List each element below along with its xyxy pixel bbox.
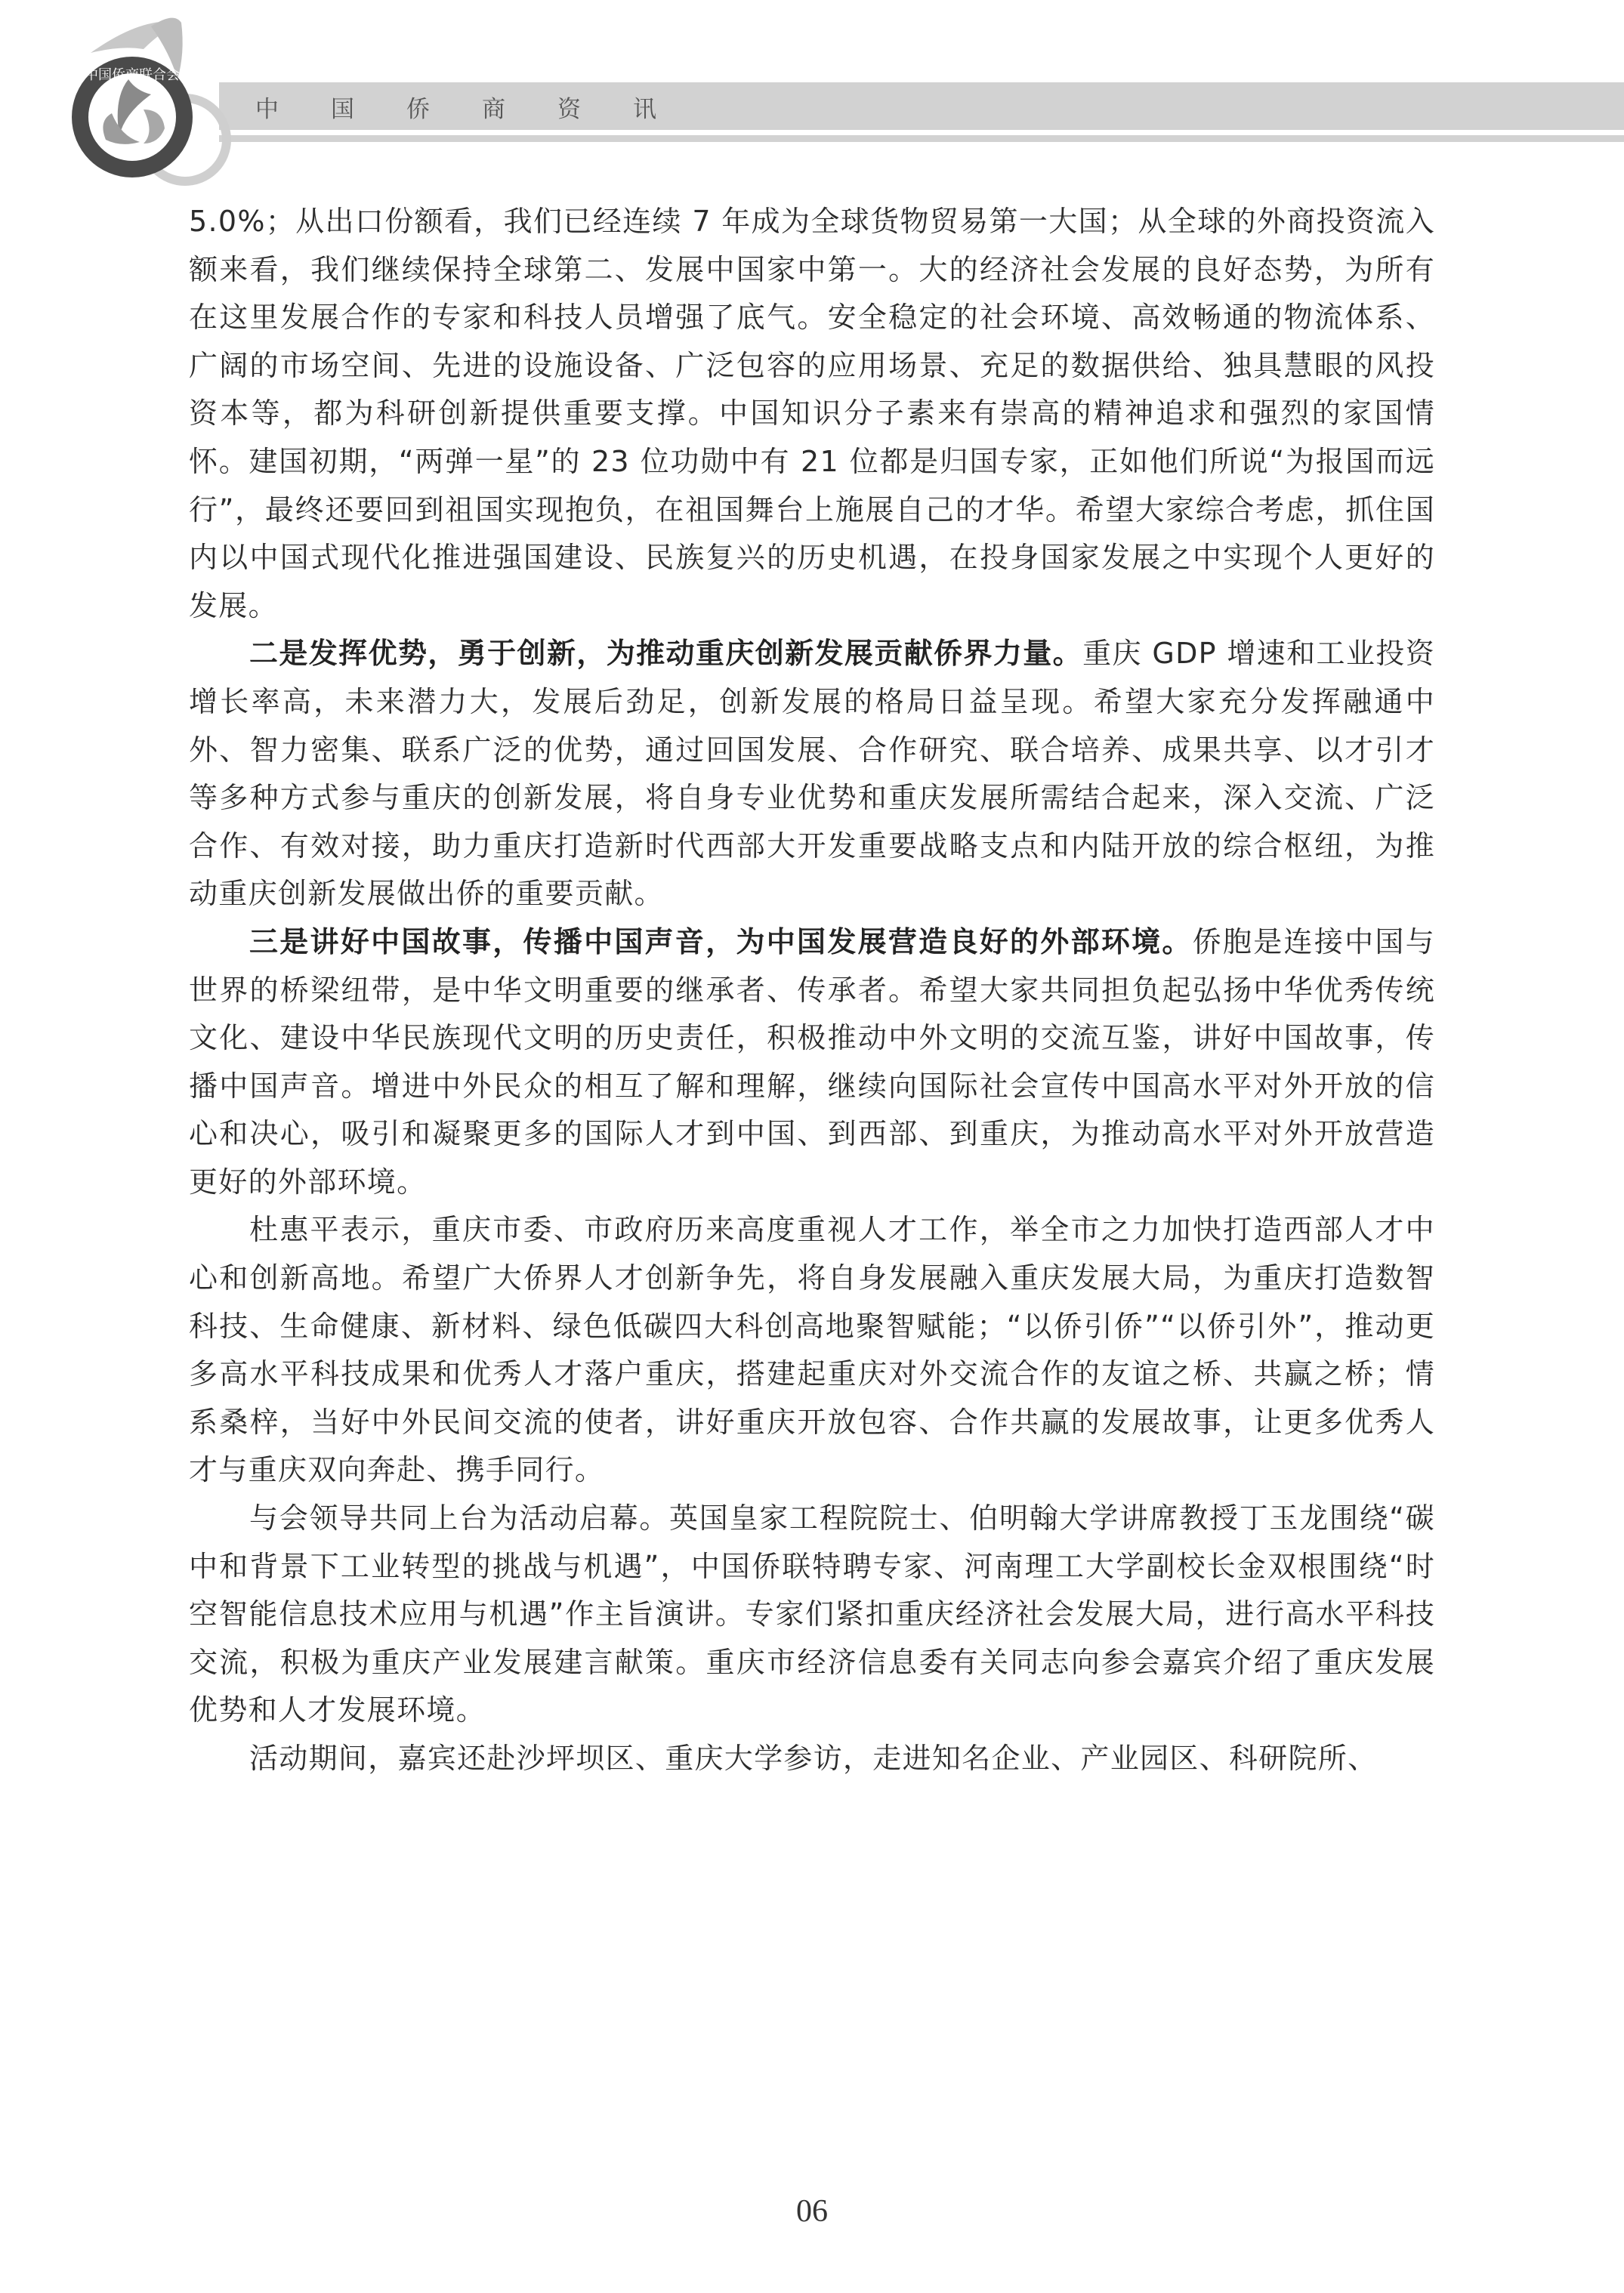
title-char: 中 [255,90,279,124]
title-char: 讯 [633,90,656,124]
paragraph-text: 活动期间，嘉宾还赴沙坪坝区、重庆大学参访，走进知名企业、产业园区、科研院所、 [249,1742,1377,1775]
paragraph: 5.0%；从出口份额看，我们已经连续 7 年成为全球货物贸易第一大国；从全球的外… [189,198,1435,630]
organization-logo-icon: 中国侨商联合会 [30,8,249,189]
paragraph-text: 重庆 GDP 增速和工业投资增长率高，未来潜力大，发展后劲足，创新发展的格局日益… [189,637,1435,910]
magazine-title: 中 国 侨 商 资 讯 [255,85,709,128]
paragraph-heading: 三是讲好中国故事，传播中国声音，为中国发展营造良好的外部环境。 [249,925,1193,958]
header-divider-line [219,135,1624,142]
svg-text:中国侨商联合会: 中国侨商联合会 [85,67,180,83]
paragraph: 与会领导共同上台为活动启幕。英国皇家工程院院士、伯明翰大学讲席教授丁玉龙围绕“碳… [189,1495,1435,1735]
paragraph-text: 侨胞是连接中国与世界的桥梁纽带，是中华文明重要的继承者、传承者。希望大家共同担负… [189,925,1435,1199]
title-char: 商 [482,90,505,124]
paragraph-text: 与会领导共同上台为活动启幕。英国皇家工程院院士、伯明翰大学讲席教授丁玉龙围绕“碳… [189,1501,1435,1727]
paragraph-text: 5.0%；从出口份额看，我们已经连续 7 年成为全球货物贸易第一大国；从全球的外… [189,205,1435,622]
title-char: 资 [557,90,581,124]
paragraph-heading: 二是发挥优势，勇于创新，为推动重庆创新发展贡献侨界力量。 [249,637,1082,670]
title-char: 国 [331,90,354,124]
page-number: 06 [0,2193,1624,2230]
paragraph: 杜惠平表示，重庆市委、市政府历来高度重视人才工作，举全市之力加快打造西部人才中心… [189,1206,1435,1495]
article-body: 5.0%；从出口份额看，我们已经连续 7 年成为全球货物贸易第一大国；从全球的外… [189,198,1435,1783]
paragraph: 二是发挥优势，勇于创新，为推动重庆创新发展贡献侨界力量。重庆 GDP 增速和工业… [189,630,1435,918]
title-char: 侨 [406,90,430,124]
paragraph-text: 杜惠平表示，重庆市委、市政府历来高度重视人才工作，举全市之力加快打造西部人才中心… [189,1213,1435,1486]
paragraph: 活动期间，嘉宾还赴沙坪坝区、重庆大学参访，走进知名企业、产业园区、科研院所、 [189,1735,1435,1783]
paragraph: 三是讲好中国故事，传播中国声音，为中国发展营造良好的外部环境。侨胞是连接中国与世… [189,918,1435,1207]
